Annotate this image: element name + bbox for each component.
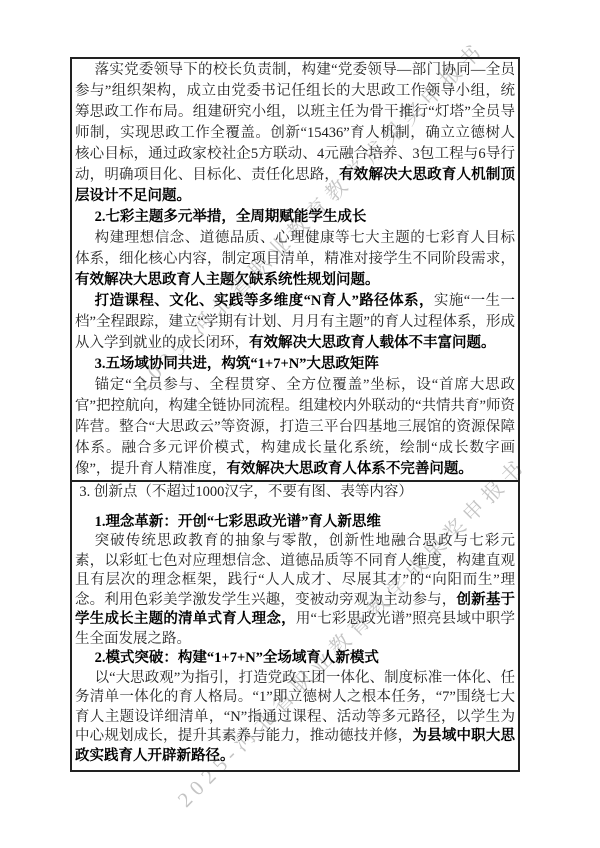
methods-continuation-cell: 落实党委领导下的校长负责制，构建“党委领导—部门协同—全员参与”组织架构，成立由… xyxy=(72,59,518,482)
text-run: 3. 创新点（不超过1000汉字，不要有图、表等内容） xyxy=(79,484,413,500)
bold-text-run: 有效解决大思政育人载体不丰富问题。 xyxy=(249,335,496,351)
bold-text-run: 有效解决大思政育人主题欠缺系统性规划问题。 xyxy=(75,272,380,288)
blank-line xyxy=(75,503,515,513)
section-heading: 2.模式突破：构建“1+7+N”全场域育人新模式 xyxy=(75,649,515,669)
section-heading: 1.理念革新：开创“七彩思政光谱”育人新思维 xyxy=(75,513,515,533)
field-label: 3. 创新点（不超过1000汉字，不要有图、表等内容） xyxy=(75,483,515,503)
body-paragraph: 构建理想信念、道德品质、心理健康等七大主题的七彩育人目标体系，细化核心内容，制定… xyxy=(75,228,515,291)
body-paragraph: 以“大思政观”为指引，打造党政工团一体化、制度标准一体化、任务清单一体化的育人格… xyxy=(75,669,515,767)
body-paragraph: 锚定“全员参与、全程贯穿、全方位覆盖”坐标，设“首席大思政官”把控航向，构建全链… xyxy=(75,375,515,480)
bold-text-run: 1.理念革新：开创“七彩思政光谱”育人新思维 xyxy=(95,514,381,530)
document-page: 2025-河北省职业教育教学成果奖申报书 2025-河北省职业教育教学成果奖申报… xyxy=(0,0,600,848)
bold-text-run: 3.五场域协同共进，构筑“1+7+N”大思政矩阵 xyxy=(95,356,379,372)
body-paragraph: 落实党委领导下的校长负责制，构建“党委领导—部门协同—全员参与”组织架构，成立由… xyxy=(75,60,515,207)
body-paragraph: 打造课程、文化、实践等多维度“N育人”路径体系，实施“一生一档”全程跟踪，建立“… xyxy=(75,291,515,354)
bold-text-run: 打造课程、文化、实践等多维度“N育人”路径体系， xyxy=(95,293,434,309)
bold-text-run: 有效解决大思政育人体系不完善问题。 xyxy=(226,461,473,477)
bold-text-run: 2.七彩主题多元举措，全周期赋能学生成长 xyxy=(95,209,367,225)
text-run: 构建理想信念、道德品质、心理健康等七大主题的七彩育人目标体系，细化核心内容，制定… xyxy=(75,230,515,267)
text-run: 落实党委领导下的校长负责制，构建“党委领导—部门协同—全员参与”组织架构，成立由… xyxy=(75,62,515,183)
innovation-points-cell: 3. 创新点（不超过1000汉字，不要有图、表等内容）1.理念革新：开创“七彩思… xyxy=(72,482,518,770)
application-form-table: 落实党委领导下的校长负责制，构建“党委领导—部门协同—全员参与”组织架构，成立由… xyxy=(70,57,520,772)
text-run: 突破传统思政教育的抽象与零散，创新性地融合思政与七彩元素，以彩虹七色对应理想信念… xyxy=(75,533,515,608)
bold-text-run: 2.模式突破：构建“1+7+N”全场域育人新模式 xyxy=(95,650,379,666)
section-heading: 3.五场域协同共进，构筑“1+7+N”大思政矩阵 xyxy=(75,354,515,375)
section-heading: 2.七彩主题多元举措，全周期赋能学生成长 xyxy=(75,207,515,228)
body-paragraph: 突破传统思政教育的抽象与零散，创新性地融合思政与七彩元素，以彩虹七色对应理想信念… xyxy=(75,532,515,649)
